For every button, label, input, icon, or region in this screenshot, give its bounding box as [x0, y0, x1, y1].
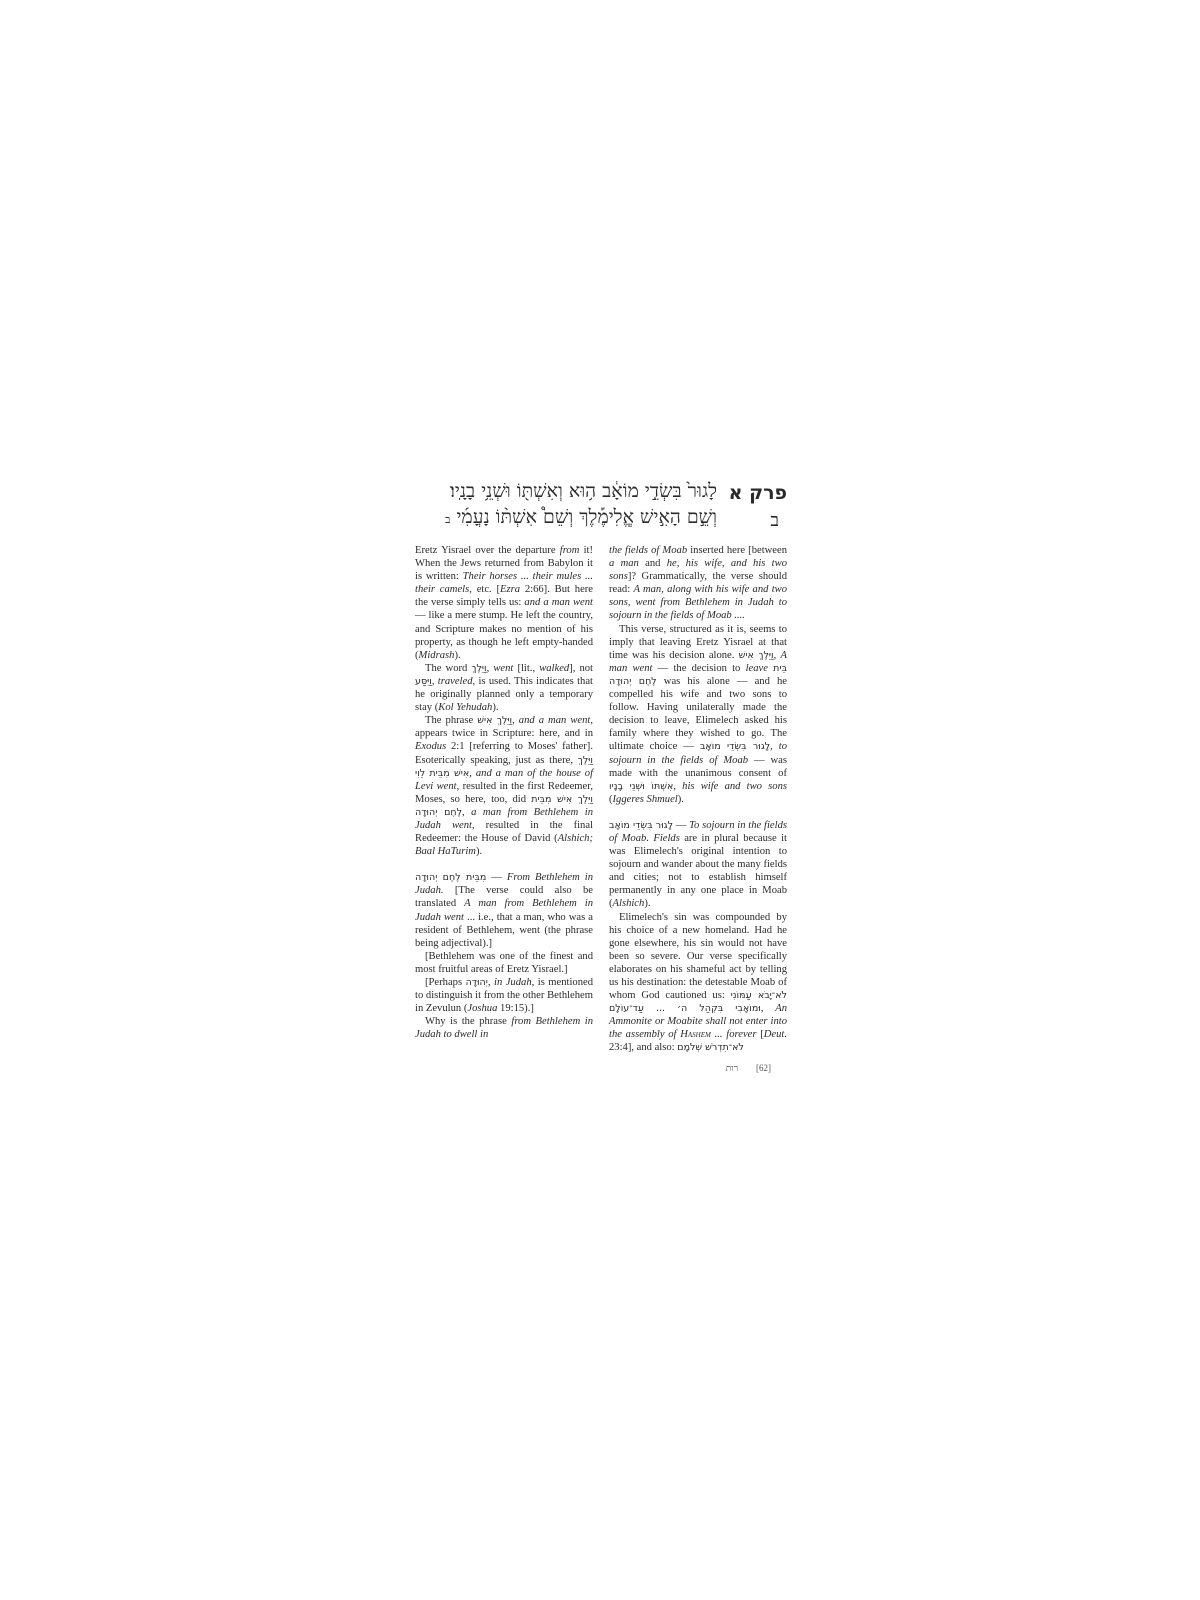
paragraph: [Perhaps יְהוּדָה, in Judah, is mentione… — [415, 976, 593, 1015]
paragraph: לָגוּר בִּשְׂדֵי מוֹאָב — To sojourn in … — [609, 819, 787, 911]
book-title: רות — [726, 1063, 738, 1073]
page-footer: רות [62] — [415, 1063, 787, 1073]
paragraph: This verse, structured as it is, seems t… — [609, 623, 787, 806]
verse-header: פרק א ב לָגוּר֙ בִּשְׂדֵ֣י מוֹאָ֔ב ה֥וּא… — [415, 478, 787, 534]
verse-line-1: לָגוּר֙ בִּשְׂדֵ֣י מוֹאָ֔ב ה֥וּא וְאִשְׁ… — [450, 480, 717, 503]
left-column: Eretz Yisrael over the departure from it… — [415, 544, 593, 1055]
paragraph: [Bethlehem was one of the finest and mos… — [415, 950, 593, 976]
verse-number-marker: ב — [770, 510, 779, 531]
paragraph: The phrase וַיֵּלֶךְ אִישׁ, and a man we… — [415, 714, 593, 858]
paragraph: Elimelech's sin was compounded by his ch… — [609, 911, 787, 1055]
verse-line-2-number: ב — [445, 513, 450, 526]
right-column: the fields of Moab inserted here [betwee… — [609, 544, 787, 1055]
paragraph: Eretz Yisrael over the departure from it… — [415, 544, 593, 662]
book-page: פרק א ב לָגוּר֙ בִּשְׂדֵ֣י מוֹאָ֔ב ה֥וּא… — [415, 478, 787, 1073]
page-number: [62] — [756, 1063, 771, 1073]
paragraph: מִבֵּית לֶחֶם יְהוּדָה — From Bethlehem … — [415, 871, 593, 950]
commentary-columns: Eretz Yisrael over the departure from it… — [415, 544, 787, 1055]
verse-line-2-text: וְשֵׁ֣ם הָאִ֣ישׁ אֱ‍ֽלִימֶ֡לֶךְ וְשֵׁם֩ … — [456, 506, 717, 528]
paragraph: the fields of Moab inserted here [betwee… — [609, 544, 787, 623]
chapter-label: פרק א — [729, 482, 787, 504]
verse-line-2: וְשֵׁ֣ם הָאִ֣ישׁ אֱ‍ֽלִימֶ֡לֶךְ וְשֵׁם֩ … — [431, 506, 717, 529]
paragraph: Why is the phrase from Bethlehem in Juda… — [415, 1015, 593, 1041]
paragraph: The word וַיֵּלֶךְ, went [lit., walked],… — [415, 662, 593, 714]
